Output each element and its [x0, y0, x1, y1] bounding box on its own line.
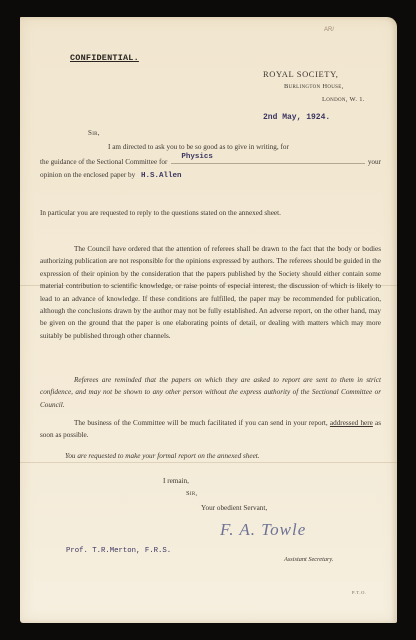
- confidential-heading: CONFIDENTIAL.: [70, 53, 139, 63]
- closing-line-2: Sir,: [186, 488, 197, 500]
- paragraph-council: The Council have ordered that the attent…: [40, 243, 381, 342]
- addressed-here-note: addressed here: [330, 419, 373, 427]
- paragraph-request: I am directed to ask you to be so good a…: [40, 141, 381, 182]
- letter-page: AR/ CONFIDENTIAL. ROYAL SOCIETY, Burling…: [20, 17, 397, 623]
- paragraph-confidence: Referees are reminded that the papers on…: [40, 374, 381, 411]
- author-value: H.S.Allen: [141, 172, 182, 180]
- paragraph-questions: In particular you are requested to reply…: [40, 207, 381, 219]
- closing-line-1: I remain,: [163, 475, 189, 487]
- committee-value: Physics: [181, 151, 213, 163]
- committee-field: Physics: [171, 153, 364, 164]
- recipient-name: Prof. T.R.Merton, F.R.S.: [66, 547, 171, 555]
- signatory-title: Assistant Secretary.: [284, 554, 333, 566]
- salutation: Sir,: [88, 129, 100, 137]
- closing-line-3: Your obedient Servant,: [201, 502, 267, 514]
- address-line-3: London, W. 1.: [322, 96, 365, 103]
- paragraph-formal-report: You are requested to make your formal re…: [65, 450, 385, 462]
- address-line-1: ROYAL SOCIETY,: [263, 69, 338, 79]
- signature: F. A. Towle: [220, 520, 306, 540]
- paragraph-business: The business of the Committee will be mu…: [40, 417, 381, 442]
- archive-mark: AR/: [324, 27, 334, 33]
- letter-date: 2nd May, 1924.: [263, 113, 330, 122]
- please-turn-over: P.T.O.: [352, 590, 367, 595]
- address-line-2: Burlington House,: [284, 83, 344, 90]
